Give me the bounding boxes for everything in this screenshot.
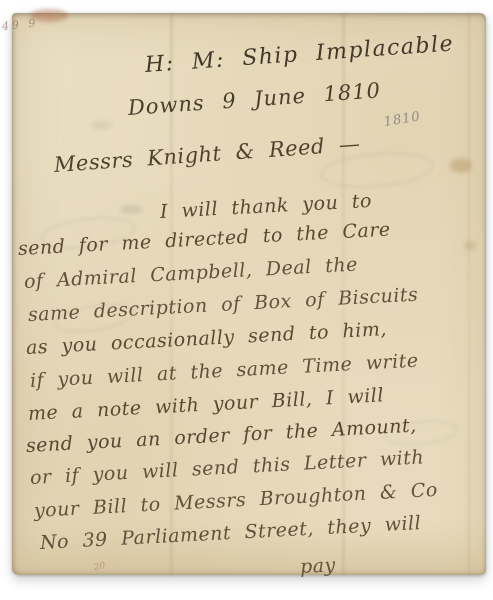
letter-line: pay — [299, 554, 336, 578]
letter-line: I will thank you to — [159, 190, 372, 223]
pencil-year-annotation: 1810 — [383, 109, 422, 130]
letter-line: of Admiral Campbell, Deal the — [23, 254, 358, 293]
letter-photo: H: M: Ship Implacable Downs 9 June 1810 … — [0, 0, 493, 600]
letter-paper: H: M: Ship Implacable Downs 9 June 1810 … — [12, 13, 486, 575]
stain — [464, 241, 476, 250]
stain — [120, 205, 142, 214]
fold-line — [468, 13, 470, 575]
letterhead-ship-line: H: M: Ship Implacable — [144, 31, 455, 78]
salutation: Messrs Knight & Reed — — [53, 132, 361, 177]
pencil-bottom-annotation: 20 — [93, 561, 106, 573]
stain — [450, 158, 472, 173]
stain — [92, 121, 112, 129]
